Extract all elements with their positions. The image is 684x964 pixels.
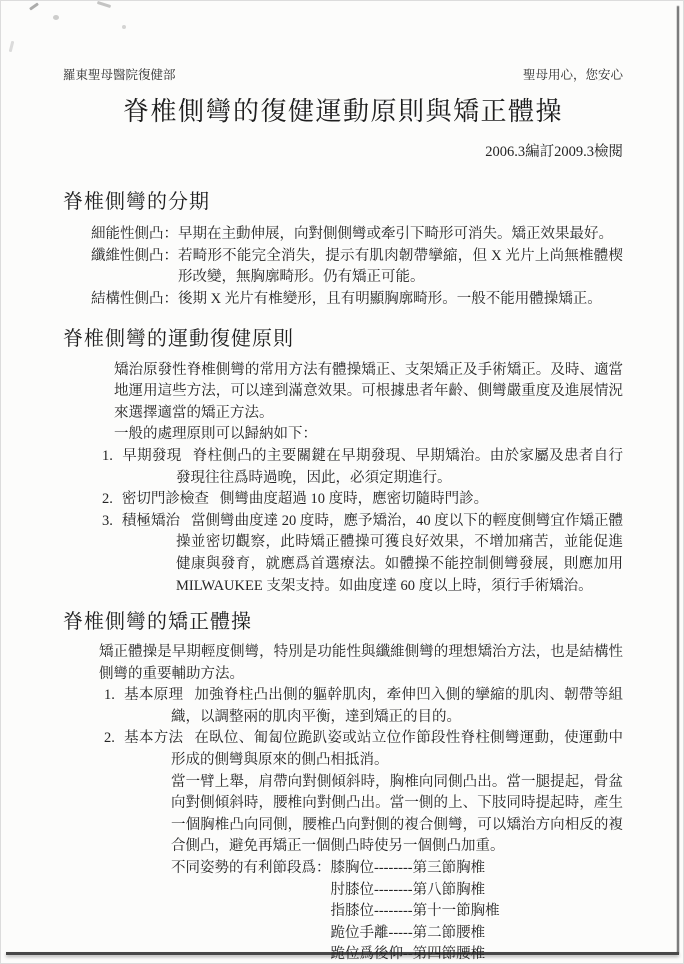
list-text: 側彎曲度超過 10 度時，應密切隨時門診。 xyxy=(220,491,488,507)
document-content: 羅東聖母醫院復健部 聖母用心，您安心 脊椎側彎的復健運動原則與矯正體操 2006… xyxy=(1,1,683,964)
posture-column: 膝胸位--------第三節胸椎 肘膝位--------第八節胸椎 指膝位---… xyxy=(331,858,500,964)
definition-term: 結構性側凸 xyxy=(91,289,164,311)
principles-list-lead: 一般的處理原則可以歸納如下： xyxy=(114,424,623,446)
page-header: 羅東聖母醫院復健部 聖母用心，您安心 xyxy=(63,65,623,87)
list-number: 1. xyxy=(104,687,115,703)
header-department: 羅東聖母醫院復健部 xyxy=(63,65,176,87)
definition-term: 纖維性側凸 xyxy=(91,246,164,289)
definition-item: 結構性側凸：後期 X 光片有椎變形，且有明顯胸廓畸形。一般不能用體操矯正。 xyxy=(91,289,623,311)
posture-segment-list: 不同姿勢的有利節段爲： 膝胸位--------第三節胸椎 肘膝位--------… xyxy=(171,858,623,964)
definition-term: 細能性側凸 xyxy=(91,224,164,246)
definition-desc: 早期在主動伸展，向對側側彎或牽引下畸形可消失。矯正效果最好。 xyxy=(178,224,623,246)
numbered-item: 1.早期發現脊柱側凸的主要關鍵在早期發現、早期矯治。由於家屬及患者自行發現往往爲… xyxy=(102,446,623,489)
definition-colon: ： xyxy=(164,289,179,311)
posture-line: 跪位手離-----第二節腰椎 xyxy=(331,923,500,945)
list-label: 基本方法 xyxy=(124,730,183,746)
list-number: 1. xyxy=(102,448,113,464)
exercise-intro: 矯正體操是早期輕度側彎，特別是功能性與纖維側彎的理想矯治方法，也是結構性側彎的重… xyxy=(99,642,623,685)
numbered-item: 1.基本原理加強脊柱凸出側的軀幹肌肉，牽伸凹入側的攣縮的肌肉、韌帶等組織，以調整… xyxy=(104,685,623,728)
list-label: 基本原理 xyxy=(124,687,183,703)
definition-item: 細能性側凸：早期在主動伸展，向對側側彎或牽引下畸形可消失。矯正效果最好。 xyxy=(91,224,623,246)
list-label: 積極矯治 xyxy=(122,513,180,529)
numbered-item: 3.積極矯治當側彎曲度達 20 度時，應予矯治，40 度以下的輕度側彎宜作矯正體… xyxy=(102,511,623,597)
list-label: 密切門診檢查 xyxy=(122,491,209,507)
list-number: 2. xyxy=(104,730,115,746)
definition-desc: 後期 X 光片有椎變形，且有明顯胸廓畸形。一般不能用體操矯正。 xyxy=(178,289,623,311)
definition-desc: 若畸形不能完全消失，提示有肌肉韌帶攣縮，但 X 光片上尚無椎體楔形改變，無胸廓畸… xyxy=(178,246,623,289)
numbered-item: 2.基本方法在臥位、匍匐位跪趴姿或站立位作節段性脊柱側彎運動，使運動中形成的側彎… xyxy=(104,728,623,771)
section-heading-stages: 脊椎側彎的分期 xyxy=(63,189,623,215)
list-text: 脊柱側凸的主要關鍵在早期發現、早期矯治。由於家屬及患者自行發現往往爲時過晚，因此… xyxy=(176,448,623,486)
definition-colon: ： xyxy=(164,246,179,289)
document-title: 脊椎側彎的復健運動原則與矯正體操 xyxy=(63,95,623,129)
list-number: 3. xyxy=(102,513,113,529)
posture-line: 跪位爲後仰--第四節腰椎 xyxy=(331,944,500,964)
section-heading-exercise: 脊椎側彎的矯正體操 xyxy=(63,609,623,635)
list-text: 加強脊柱凸出側的軀幹肌肉，牽伸凹入側的攣縮的肌肉、韌帶等組織，以調整兩的肌肉平衡… xyxy=(171,687,623,725)
posture-line: 肘膝位--------第八節胸椎 xyxy=(331,880,500,902)
header-slogan: 聖母用心，您安心 xyxy=(523,65,623,87)
list-text: 在臥位、匍匐位跪趴姿或站立位作節段性脊柱側彎運動，使運動中形成的側彎與原來的側凸… xyxy=(171,730,623,768)
numbered-item: 2.密切門診檢查側彎曲度超過 10 度時，應密切隨時門診。 xyxy=(102,489,623,511)
definition-colon: ： xyxy=(164,224,179,246)
method-paragraph: 當一臂上舉，肩帶向對側傾斜時，胸椎向同側凸出。當一腿提起，骨盆向對側傾斜時，腰椎… xyxy=(171,772,623,858)
posture-line: 指膝位--------第十一節胸椎 xyxy=(331,901,500,923)
section-heading-principles: 脊椎側彎的運動復健原則 xyxy=(63,326,623,352)
revision-note: 2006.3編訂2009.3檢閱 xyxy=(63,142,623,164)
list-number: 2. xyxy=(102,491,113,507)
definition-item: 纖維性側凸：若畸形不能完全消失，提示有肌肉韌帶攣縮，但 X 光片上尚無椎體楔形改… xyxy=(91,246,623,289)
list-label: 早期發現 xyxy=(122,448,182,464)
posture-line: 膝胸位--------第三節胸椎 xyxy=(331,858,500,880)
posture-lead: 不同姿勢的有利節段爲： xyxy=(171,858,331,964)
scanned-page: 羅東聖母醫院復健部 聖母用心，您安心 脊椎側彎的復健運動原則與矯正體操 2006… xyxy=(0,0,684,964)
principles-intro: 矯治原發性脊椎側彎的常用方法有體操矯正、支架矯正及手術矯正。及時、適當地運用這些… xyxy=(114,360,623,425)
stage-definition-list: 細能性側凸：早期在主動伸展，向對側側彎或牽引下畸形可消失。矯正效果最好。 纖維性… xyxy=(63,224,623,310)
list-text: 當側彎曲度達 20 度時，應予矯治，40 度以下的輕度側彎宜作矯正體操並密切觀察… xyxy=(176,513,623,594)
